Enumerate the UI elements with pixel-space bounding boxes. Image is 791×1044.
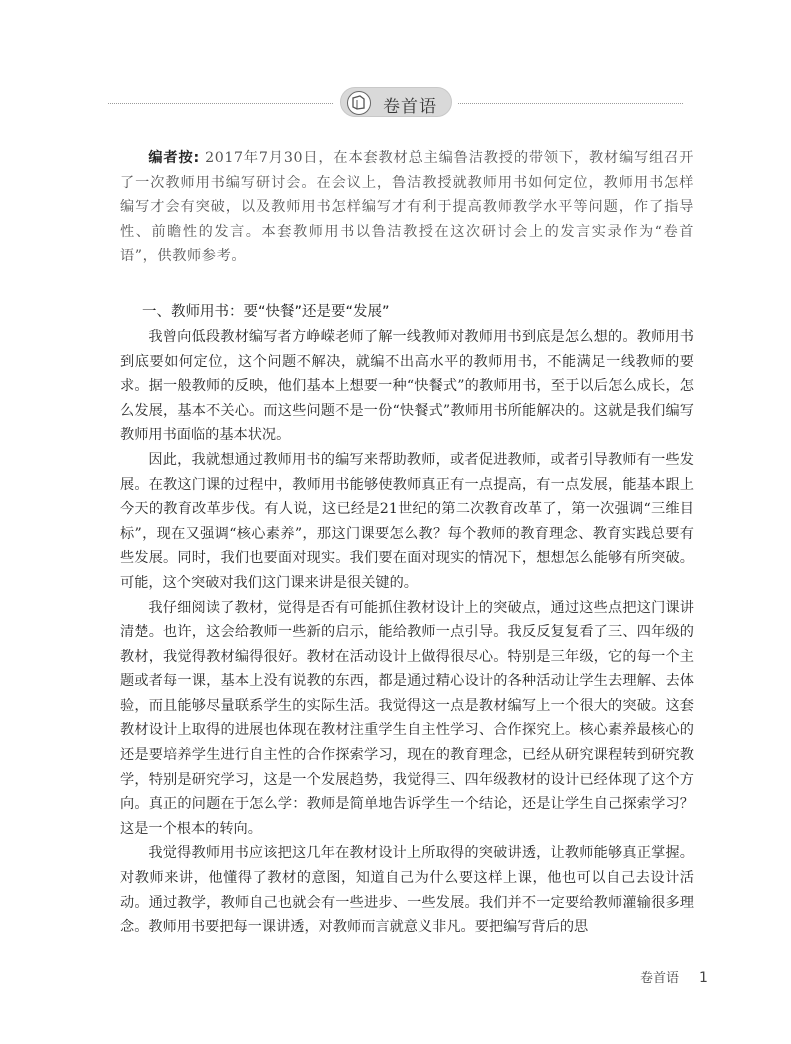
editor-note: 编者按: 2017年7月30日，在本套教材总主编鲁洁教授的带领下，教材编写组召开… xyxy=(120,146,694,269)
editor-note-label: 编者按: xyxy=(148,150,199,166)
chapter-header: 卷首语 xyxy=(108,86,683,120)
section-heading: 一、教师用书：要“快餐”还是要“发展” xyxy=(120,299,694,325)
book-icon xyxy=(347,91,371,115)
chapter-title: 卷首语 xyxy=(383,92,437,117)
page-body: 编者按: 2017年7月30日，在本套教材总主编鲁洁教授的带领下，教材编写组召开… xyxy=(120,146,694,940)
chapter-title-badge: 卷首语 xyxy=(340,87,452,117)
page-number: 1 xyxy=(699,970,708,986)
dotted-rule-right xyxy=(458,103,683,104)
editor-note-text: 2017年7月30日，在本套教材总主编鲁洁教授的带领下，教材编写组召开了一次教师… xyxy=(120,150,694,264)
paragraph: 我觉得教师用书应该把这几年在教材设计上所取得的突破讲透，让教师能够真正掌握。对教… xyxy=(120,841,694,939)
dotted-rule-left xyxy=(108,103,333,104)
running-title: 卷首语 xyxy=(640,971,679,986)
paragraph: 因此，我就想通过教师用书的编写来帮助教师，或者促进教师，或者引导教师有一些发展。… xyxy=(120,448,694,596)
paragraph: 我曾向低段教材编写者方峥嵘老师了解一线教师对教师用书到底是怎么想的。教师用书到底… xyxy=(120,325,694,448)
paragraph: 我仔细阅读了教材，觉得是否有可能抓住教材设计上的突破点，通过这些点把这门课讲清楚… xyxy=(120,596,694,842)
page-footer: 卷首语1 xyxy=(640,967,708,986)
